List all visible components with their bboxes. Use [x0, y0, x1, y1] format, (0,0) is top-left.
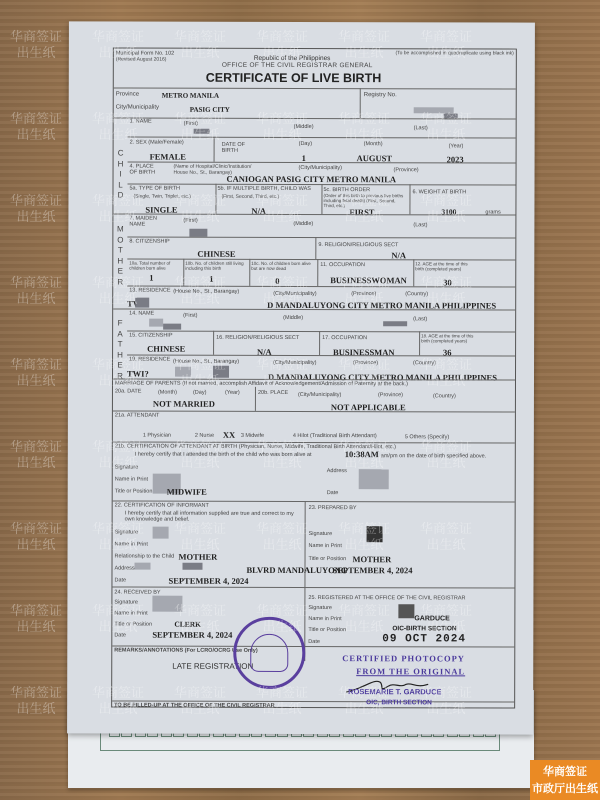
sublabel: (Order of this birth to previous live bi…	[323, 193, 403, 208]
attendant-cert-text: I hereby certify that I attended the bir…	[135, 452, 312, 458]
mother-religion-label: 9. RELIGION/RELIGIOUS SECT	[318, 242, 398, 248]
birth-order-value: FIRST	[349, 207, 374, 217]
redacted-informant-sig	[153, 527, 169, 539]
received-date-label: Date	[114, 633, 126, 639]
sublabel: (House No., St., Barangay)	[173, 359, 239, 365]
marriage-header: MARRIAGE OF PARENTS (If not married, acc…	[115, 381, 408, 388]
redacted-received-sig	[152, 596, 182, 612]
sex-value: FEMALE	[150, 152, 186, 162]
total-born-value: 1	[149, 273, 153, 283]
informant-date-label: Date	[114, 578, 126, 584]
father-name-label: 14. NAME	[129, 311, 154, 317]
dead-value: 0	[275, 276, 279, 286]
redacted-father-last	[383, 321, 407, 326]
mother-age-label: 12. AGE at the time of this birth (compl…	[415, 261, 475, 271]
mother-citizenship-label: 8. CITIZENSHIP	[129, 239, 169, 245]
sublabel: (First)	[183, 313, 197, 319]
sublabel: (Middle)	[294, 124, 314, 130]
marriage-place-label: 20b. PLACE	[258, 390, 288, 396]
civil-registry-seal	[233, 617, 305, 689]
mother-citizenship-value: CHINESE	[197, 249, 235, 259]
sublabel: (Year)	[449, 143, 464, 149]
lcro-footer-label: TO BE FILLED-UP AT THE OFFICE OF THE CIV…	[114, 703, 274, 709]
sublabel: (City/Municipality)	[298, 392, 341, 398]
registered-title-label: Title or Position	[308, 627, 346, 633]
registered-name-value: GARDUCE	[414, 615, 449, 622]
province-label: Province	[116, 92, 139, 98]
mother-occupation-value: BUSINESSWOMAN	[330, 275, 407, 285]
certificate-form: Municipal Form No. 102 (Revised August 2…	[111, 48, 517, 709]
sublabel: (City/Municipality)	[273, 291, 316, 297]
redacted-attendant-address	[359, 469, 389, 489]
father-occupation-label: 17. OCCUPATION	[322, 335, 367, 341]
sublabel: (Month)	[364, 141, 383, 147]
marriage-date-value: NOT MARRIED	[153, 399, 215, 409]
prepared-title-value: MOTHER	[353, 554, 392, 564]
father-residence-label: 19. RESIDENCE	[129, 357, 170, 363]
sublabel: (Country)	[433, 393, 456, 399]
attendant-date-label: Date	[327, 490, 339, 496]
attendant-title-label: Title or Position	[115, 489, 153, 495]
redacted-prepared-sig	[367, 526, 383, 542]
registry-label: Registry No.	[364, 92, 397, 98]
multiple-birth-label: 5b. IF MULTIPLE BIRTH, CHILD WAS	[217, 186, 310, 192]
sublabel: (City/Municipality)	[299, 165, 342, 171]
informant-label: 22. CERTIFICATION OF INFORMANT	[115, 503, 209, 509]
sublabel: (Province)	[351, 291, 376, 297]
redacted-father-name-2	[163, 324, 181, 330]
form-revised: (Revised August 2016)	[116, 57, 167, 63]
received-title-label: Title or Position	[114, 622, 152, 628]
sublabel: (Day)	[299, 141, 312, 147]
city-value: PASIG CITY	[190, 106, 230, 114]
officer-title: OIC, BIRTH SECTION	[366, 699, 432, 706]
mother-section-label: MOTHER	[115, 225, 125, 288]
attendant-option-others: 5 Others (Specify)	[405, 434, 449, 440]
living-label: 10b. No. of children still living includ…	[185, 261, 245, 271]
redacted-father-name	[149, 319, 163, 327]
redacted-father-address-2	[213, 366, 229, 378]
registered-signature-label: Signature	[308, 605, 332, 611]
sublabel: (First)	[183, 218, 197, 224]
redacted-mother-name	[189, 229, 207, 237]
mother-occupation-label: 11. OCCUPATION	[320, 262, 365, 268]
father-age-label: 18. AGE at the time of this birth (compl…	[421, 333, 481, 343]
brand-badge: 华商签证 市政厅出生纸	[530, 760, 600, 800]
received-signature-label: Signature	[114, 600, 138, 606]
redacted-child-name	[194, 129, 210, 134]
sublabel: (Day)	[193, 390, 206, 396]
child-name-label: 1. NAME	[130, 119, 152, 125]
sublabel: (Month)	[158, 390, 177, 396]
redacted-father-address	[175, 367, 191, 377]
sublabel: (Middle)	[283, 315, 303, 321]
attendant-label: 21a. ATTENDANT	[115, 413, 160, 419]
badge-line2: 市政厅出生纸	[530, 780, 600, 797]
father-religion-label: 16. RELIGION/RELIGIOUS SECT	[216, 335, 299, 341]
sublabel: (Province)	[394, 167, 419, 173]
province-value: METRO MANILA	[162, 92, 219, 100]
informant-relationship-value: MOTHER	[179, 552, 218, 562]
attendant-selected-mark: XX	[223, 430, 235, 440]
father-citizenship-label: 15. CITIZENSHIP	[129, 333, 172, 339]
informant-text: I hereby certify that all information su…	[125, 511, 297, 523]
father-residence-prefix: TWI?	[127, 369, 149, 379]
instruction-note: (To be accomplished in quadruplicate usi…	[395, 50, 513, 56]
received-name-label: Name in Print	[114, 611, 147, 617]
office-label: OFFICE OF THE CIVIL REGISTRAR GENERAL	[222, 62, 373, 69]
informant-date-value: SEPTEMBER 4, 2024	[168, 576, 248, 586]
redacted-mother-address	[135, 298, 149, 308]
attendant-cert-text-2: am/pm on the date of birth specified abo…	[381, 453, 486, 459]
registered-date-value: 09 OCT 2024	[382, 633, 466, 645]
informant-address-label: Address	[114, 566, 134, 572]
certificate-title: CERTIFICATE OF LIVE BIRTH	[206, 71, 382, 85]
sex-label: 2. SEX (Male/Female)	[130, 140, 184, 146]
sublabel: (Middle)	[293, 221, 313, 227]
child-section-label: CHILD	[115, 149, 125, 202]
sublabel: (Last)	[413, 316, 427, 322]
prepared-title-label: Title or Position	[309, 556, 347, 562]
informant-name-label: Name in Print	[115, 542, 148, 548]
birth-type-label: 5a. TYPE OF BIRTH	[129, 186, 180, 192]
attendant-option-hilot: 4 Hilot (Traditional Birth Attendant)	[293, 433, 377, 439]
attendant-name-label: Name in Print	[115, 477, 148, 483]
pob-value: CANIOGAN PASIG CITY METRO MANILA	[227, 174, 397, 184]
sublabel: (Province)	[378, 392, 403, 398]
redacted-informant-address	[134, 563, 150, 570]
sublabel: (Country)	[413, 360, 436, 366]
attendant-option-nurse: 2 Nurse	[195, 433, 214, 439]
attendant-address-label: Address	[327, 468, 347, 474]
sublabel: (First, Second, Third, etc.)	[221, 194, 279, 200]
sublabel: (City/Municipality)	[273, 360, 316, 366]
sublabel: (Last)	[413, 222, 427, 228]
total-born-label: 10a. Total number of children born alive	[129, 261, 179, 271]
city-label: City/Municipality	[116, 105, 159, 111]
sublabel: (Country)	[405, 291, 428, 297]
sublabel: (House No., St., Barangay)	[173, 289, 239, 295]
sublabel: (Province)	[353, 360, 378, 366]
father-citizenship-value: CHINESE	[147, 344, 185, 354]
registered-title-value: OIC-BIRTH SECTION	[392, 625, 456, 632]
mother-name-label: 7. MAIDEN NAME	[129, 216, 159, 228]
attendant-option-physician: 1 Physician	[143, 433, 171, 439]
father-section-label: FATHER	[115, 319, 125, 382]
officer-name: ROSEMARIE T. GARDUCE	[348, 687, 441, 696]
informant-relationship-label: Relationship to the Child	[115, 554, 175, 560]
redacted-registrar-sig	[398, 604, 414, 618]
prepared-date-value: SEPTEMBER 4, 2024	[332, 565, 412, 575]
birth-certificate-paper: Municipal Form No. 102 (Revised August 2…	[67, 21, 535, 734]
sublabel: (First)	[184, 121, 198, 127]
pob-label: 4. PLACE OF BIRTH	[130, 164, 160, 176]
prepared-label: 23. PREPARED BY	[309, 505, 357, 511]
prepared-signature-label: Signature	[309, 531, 333, 537]
sublabel: (Single, Twin, Triplet, etc.)	[133, 194, 190, 200]
marriage-date-label: 20a. DATE	[115, 389, 142, 395]
certified-stamp-line1: CERTIFIED PHOTOCOPY	[342, 653, 465, 663]
attendant-option-midwife: 3 Midwife	[241, 433, 264, 439]
birth-time-value: 10:38AM	[345, 449, 379, 459]
dead-label: 10c. No. of children born alive but are …	[251, 261, 315, 271]
informant-signature-label: Signature	[115, 530, 139, 536]
attendant-signature-label: Signature	[115, 465, 139, 471]
sublabel: (Year)	[225, 390, 240, 396]
prepared-name-label: Name in Print	[309, 543, 342, 549]
registered-name-label: Name in Print	[308, 616, 341, 622]
seal-emblem	[250, 634, 288, 672]
registered-date-label: Date	[308, 639, 320, 645]
dob-label: DATE OF BIRTH	[222, 142, 252, 154]
mother-residence-label: 13. RESIDENCE	[129, 288, 170, 294]
badge-line1: 华商签证	[530, 763, 600, 780]
received-date-value: SEPTEMBER 4, 2024	[152, 630, 232, 640]
attendant-title-value: MIDWIFE	[167, 487, 207, 497]
registered-label: 25. REGISTERED AT THE OFFICE OF THE CIVI…	[308, 595, 465, 601]
redacted-informant-address-2	[182, 563, 202, 570]
weight-label: 6. WEIGHT AT BIRTH	[412, 189, 466, 195]
received-title-value: CLERK	[174, 620, 201, 629]
sublabel: (Last)	[414, 125, 428, 131]
living-value: 1	[209, 274, 213, 284]
